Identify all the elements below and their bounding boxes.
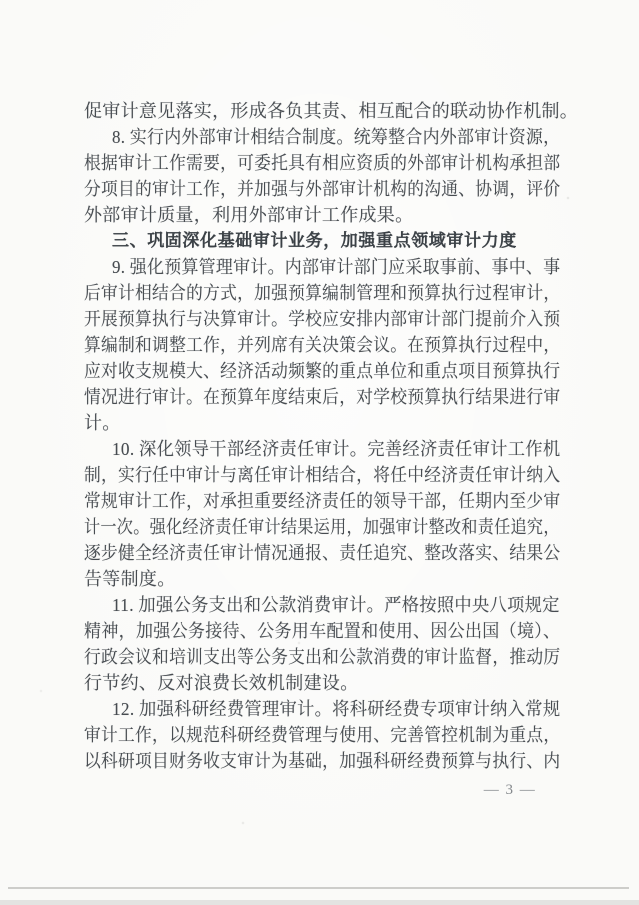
text-line-content: 情况进行审计。在预算年度结束后，对学校预算执行结果进行审 [84, 384, 560, 410]
text-line: 9. 强化预算管理审计。内部审计部门应采取事前、事中、事 [84, 254, 560, 280]
text-line-content: 行节约、反对浪费长效机制建设。 [84, 670, 359, 696]
text-line: 11. 加强公务支出和公款消费审计。严格按照中央八项规定 [84, 592, 560, 618]
text-line-content: 计一次。强化经济责任审计结果运用，加强审计整改和责任追究， [84, 514, 560, 540]
scan-noise-specks [0, 0, 2, 2]
text-line: 算编制和调整工作，并列席有关决策会议。在预算执行过程中， [84, 332, 560, 358]
text-line-content: 逐步健全经济责任审计情况通报、责任追究、整改落实、结果公 [84, 540, 560, 566]
page-number: — 3 — [440, 782, 580, 799]
text-line: 开展预算执行与决算审计。学校应安排内部审计部门提前介入预 [84, 306, 560, 332]
text-line-content: 三、巩固深化基础审计业务，加强重点领域审计力度 [112, 228, 517, 254]
text-line: 外部审计质量，利用外部审计工作成果。 [84, 202, 560, 228]
text-line: 根据审计工作需要，可委托具有相应资质的外部审计机构承担部 [84, 150, 560, 176]
scan-bottom-shadow [0, 900, 639, 905]
section-heading: 三、巩固深化基础审计业务，加强重点领域审计力度 [84, 228, 560, 254]
text-line: 计。 [84, 410, 560, 436]
text-line-content: 促审计意见落实，形成各负其责、相互配合的联动协作机制。 [84, 98, 578, 124]
text-line: 分项目的审计工作，并加强与外部审计机构的沟通、协调，评价 [84, 176, 560, 202]
text-line: 行政会议和培训支出等公务支出和公款消费的审计监督，推动厉 [84, 644, 560, 670]
text-line-content: 常规审计工作，对承担重要经济责任的领导干部，任期内至少审 [84, 488, 560, 514]
scanned-document-page: 促审计意见落实，形成各负其责、相互配合的联动协作机制。8. 实行内外部审计相结合… [0, 0, 639, 905]
text-line: 制，实行任中审计与离任审计相结合，将任中经济责任审计纳入 [84, 462, 560, 488]
text-line-content: 10. 深化领导干部经济责任审计。完善经济责任审计工作机 [112, 436, 560, 462]
text-line-content: 11. 加强公务支出和公款消费审计。严格按照中央八项规定 [112, 592, 560, 618]
document-text-block: 促审计意见落实，形成各负其责、相互配合的联动协作机制。8. 实行内外部审计相结合… [84, 98, 560, 774]
text-line-content: 12. 加强科研经费管理审计。将科研经费专项审计纳入常规 [112, 696, 560, 722]
text-line: 8. 实行内外部审计相结合制度。统筹整合内外部审计资源， [84, 124, 560, 150]
scan-bottom-edge-line [8, 887, 629, 889]
text-line: 12. 加强科研经费管理审计。将科研经费专项审计纳入常规 [84, 696, 560, 722]
text-line: 计一次。强化经济责任审计结果运用，加强审计整改和责任追究， [84, 514, 560, 540]
text-line: 逐步健全经济责任审计情况通报、责任追究、整改落实、结果公 [84, 540, 560, 566]
text-line-content: 开展预算执行与决算审计。学校应安排内部审计部门提前介入预 [84, 306, 560, 332]
text-line: 常规审计工作，对承担重要经济责任的领导干部，任期内至少审 [84, 488, 560, 514]
text-line-content: 制，实行任中审计与离任审计相结合，将任中经济责任审计纳入 [84, 462, 560, 488]
text-line-content: 外部审计质量，利用外部审计工作成果。 [84, 202, 413, 228]
text-line: 审计工作，以规范科研经费管理与使用、完善管控机制为重点， [84, 722, 560, 748]
text-line: 10. 深化领导干部经济责任审计。完善经济责任审计工作机 [84, 436, 560, 462]
text-line: 行节约、反对浪费长效机制建设。 [84, 670, 560, 696]
text-line-content: 8. 实行内外部审计相结合制度。统筹整合内外部审计资源， [112, 124, 560, 150]
text-line-content: 审计工作，以规范科研经费管理与使用、完善管控机制为重点， [84, 722, 560, 748]
text-line: 精神，加强公务接待、公务用车配置和使用、因公出国（境）、 [84, 618, 560, 644]
text-line: 应对收支规模大、经济活动频繁的重点单位和重点项目预算执行 [84, 358, 560, 384]
text-line-content: 告等制度。 [84, 566, 176, 592]
text-line: 告等制度。 [84, 566, 560, 592]
text-line-content: 分项目的审计工作，并加强与外部审计机构的沟通、协调，评价 [84, 176, 560, 202]
text-line: 以科研项目财务收支审计为基础，加强科研经费预算与执行、内 [84, 748, 560, 774]
text-line: 后审计相结合的方式，加强预算编制管理和预算执行过程审计， [84, 280, 560, 306]
text-line-content: 行政会议和培训支出等公务支出和公款消费的审计监督，推动厉 [84, 644, 560, 670]
text-line-content: 计。 [84, 410, 121, 436]
text-line-content: 应对收支规模大、经济活动频繁的重点单位和重点项目预算执行 [84, 358, 560, 384]
text-line-content: 根据审计工作需要，可委托具有相应资质的外部审计机构承担部 [84, 150, 560, 176]
text-line-content: 算编制和调整工作，并列席有关决策会议。在预算执行过程中， [84, 332, 560, 358]
text-line-content: 以科研项目财务收支审计为基础，加强科研经费预算与执行、内 [84, 748, 560, 774]
text-line-content: 9. 强化预算管理审计。内部审计部门应采取事前、事中、事 [112, 254, 560, 280]
text-line: 情况进行审计。在预算年度结束后，对学校预算执行结果进行审 [84, 384, 560, 410]
text-line-content: 后审计相结合的方式，加强预算编制管理和预算执行过程审计， [84, 280, 560, 306]
text-line-content: 精神，加强公务接待、公务用车配置和使用、因公出国（境）、 [84, 618, 560, 644]
text-line: 促审计意见落实，形成各负其责、相互配合的联动协作机制。 [84, 98, 560, 124]
